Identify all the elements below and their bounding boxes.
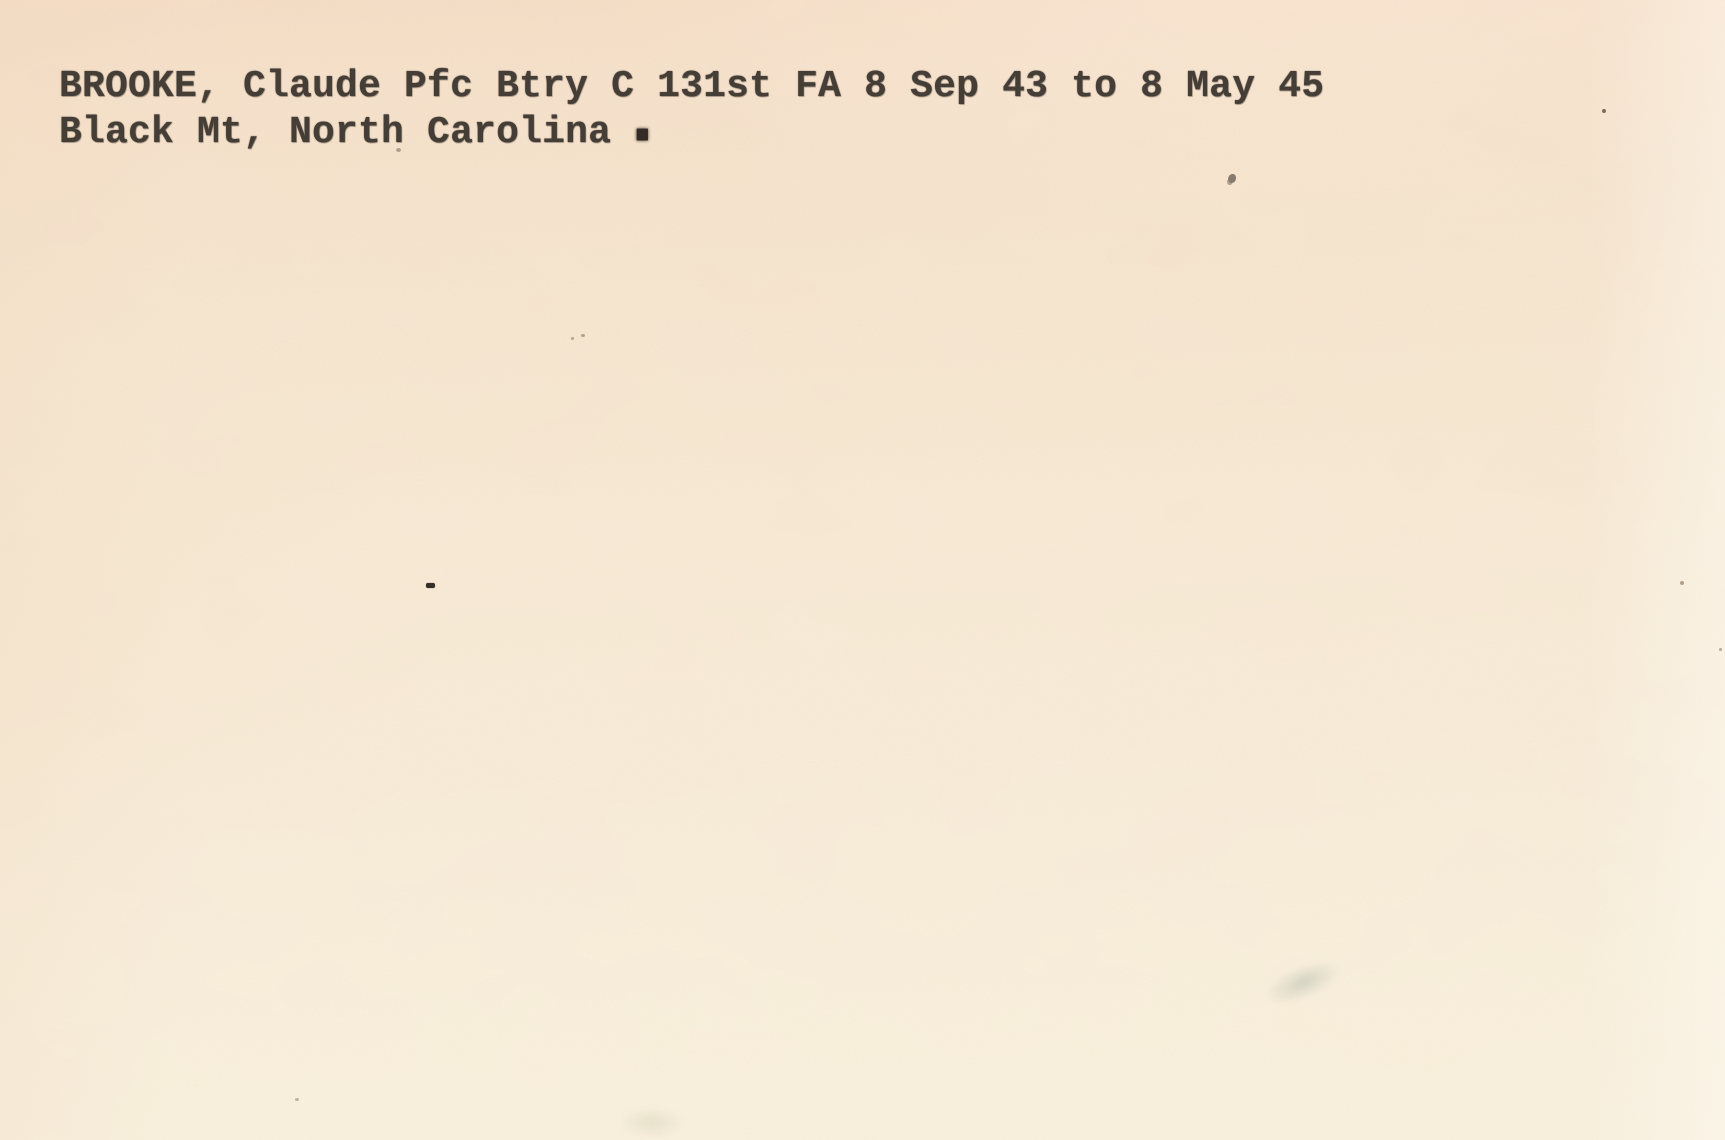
tiny-speck-top-right	[1602, 109, 1606, 113]
speck-far-right-edge	[1719, 648, 1722, 651]
ink-dash-mark	[426, 583, 435, 588]
green-smudge-bottom-center	[612, 1098, 692, 1140]
speck-right-edge	[1680, 581, 1684, 585]
paper-texture	[0, 0, 1725, 1140]
teal-smudge-bottom-right	[1251, 940, 1355, 1025]
typed-line-1: BROOKE, Claude Pfc Btry C 131st FA 8 Sep…	[59, 68, 1324, 106]
ink-mark-right-of-text	[1228, 174, 1236, 183]
typed-line-2: Black Mt, North Carolina.	[59, 114, 654, 152]
typed-line-2-text: Black Mt, North Carolina	[59, 111, 611, 154]
paper-shading	[0, 0, 1725, 1140]
speck-bottom-left	[295, 1098, 299, 1101]
faint-speck-upper-middle-a	[571, 337, 574, 340]
scanned-index-card: BROOKE, Claude Pfc Btry C 131st FA 8 Sep…	[0, 0, 1725, 1140]
typed-heavy-period: .	[618, 82, 666, 162]
faint-speck-upper-middle-b	[581, 334, 585, 337]
